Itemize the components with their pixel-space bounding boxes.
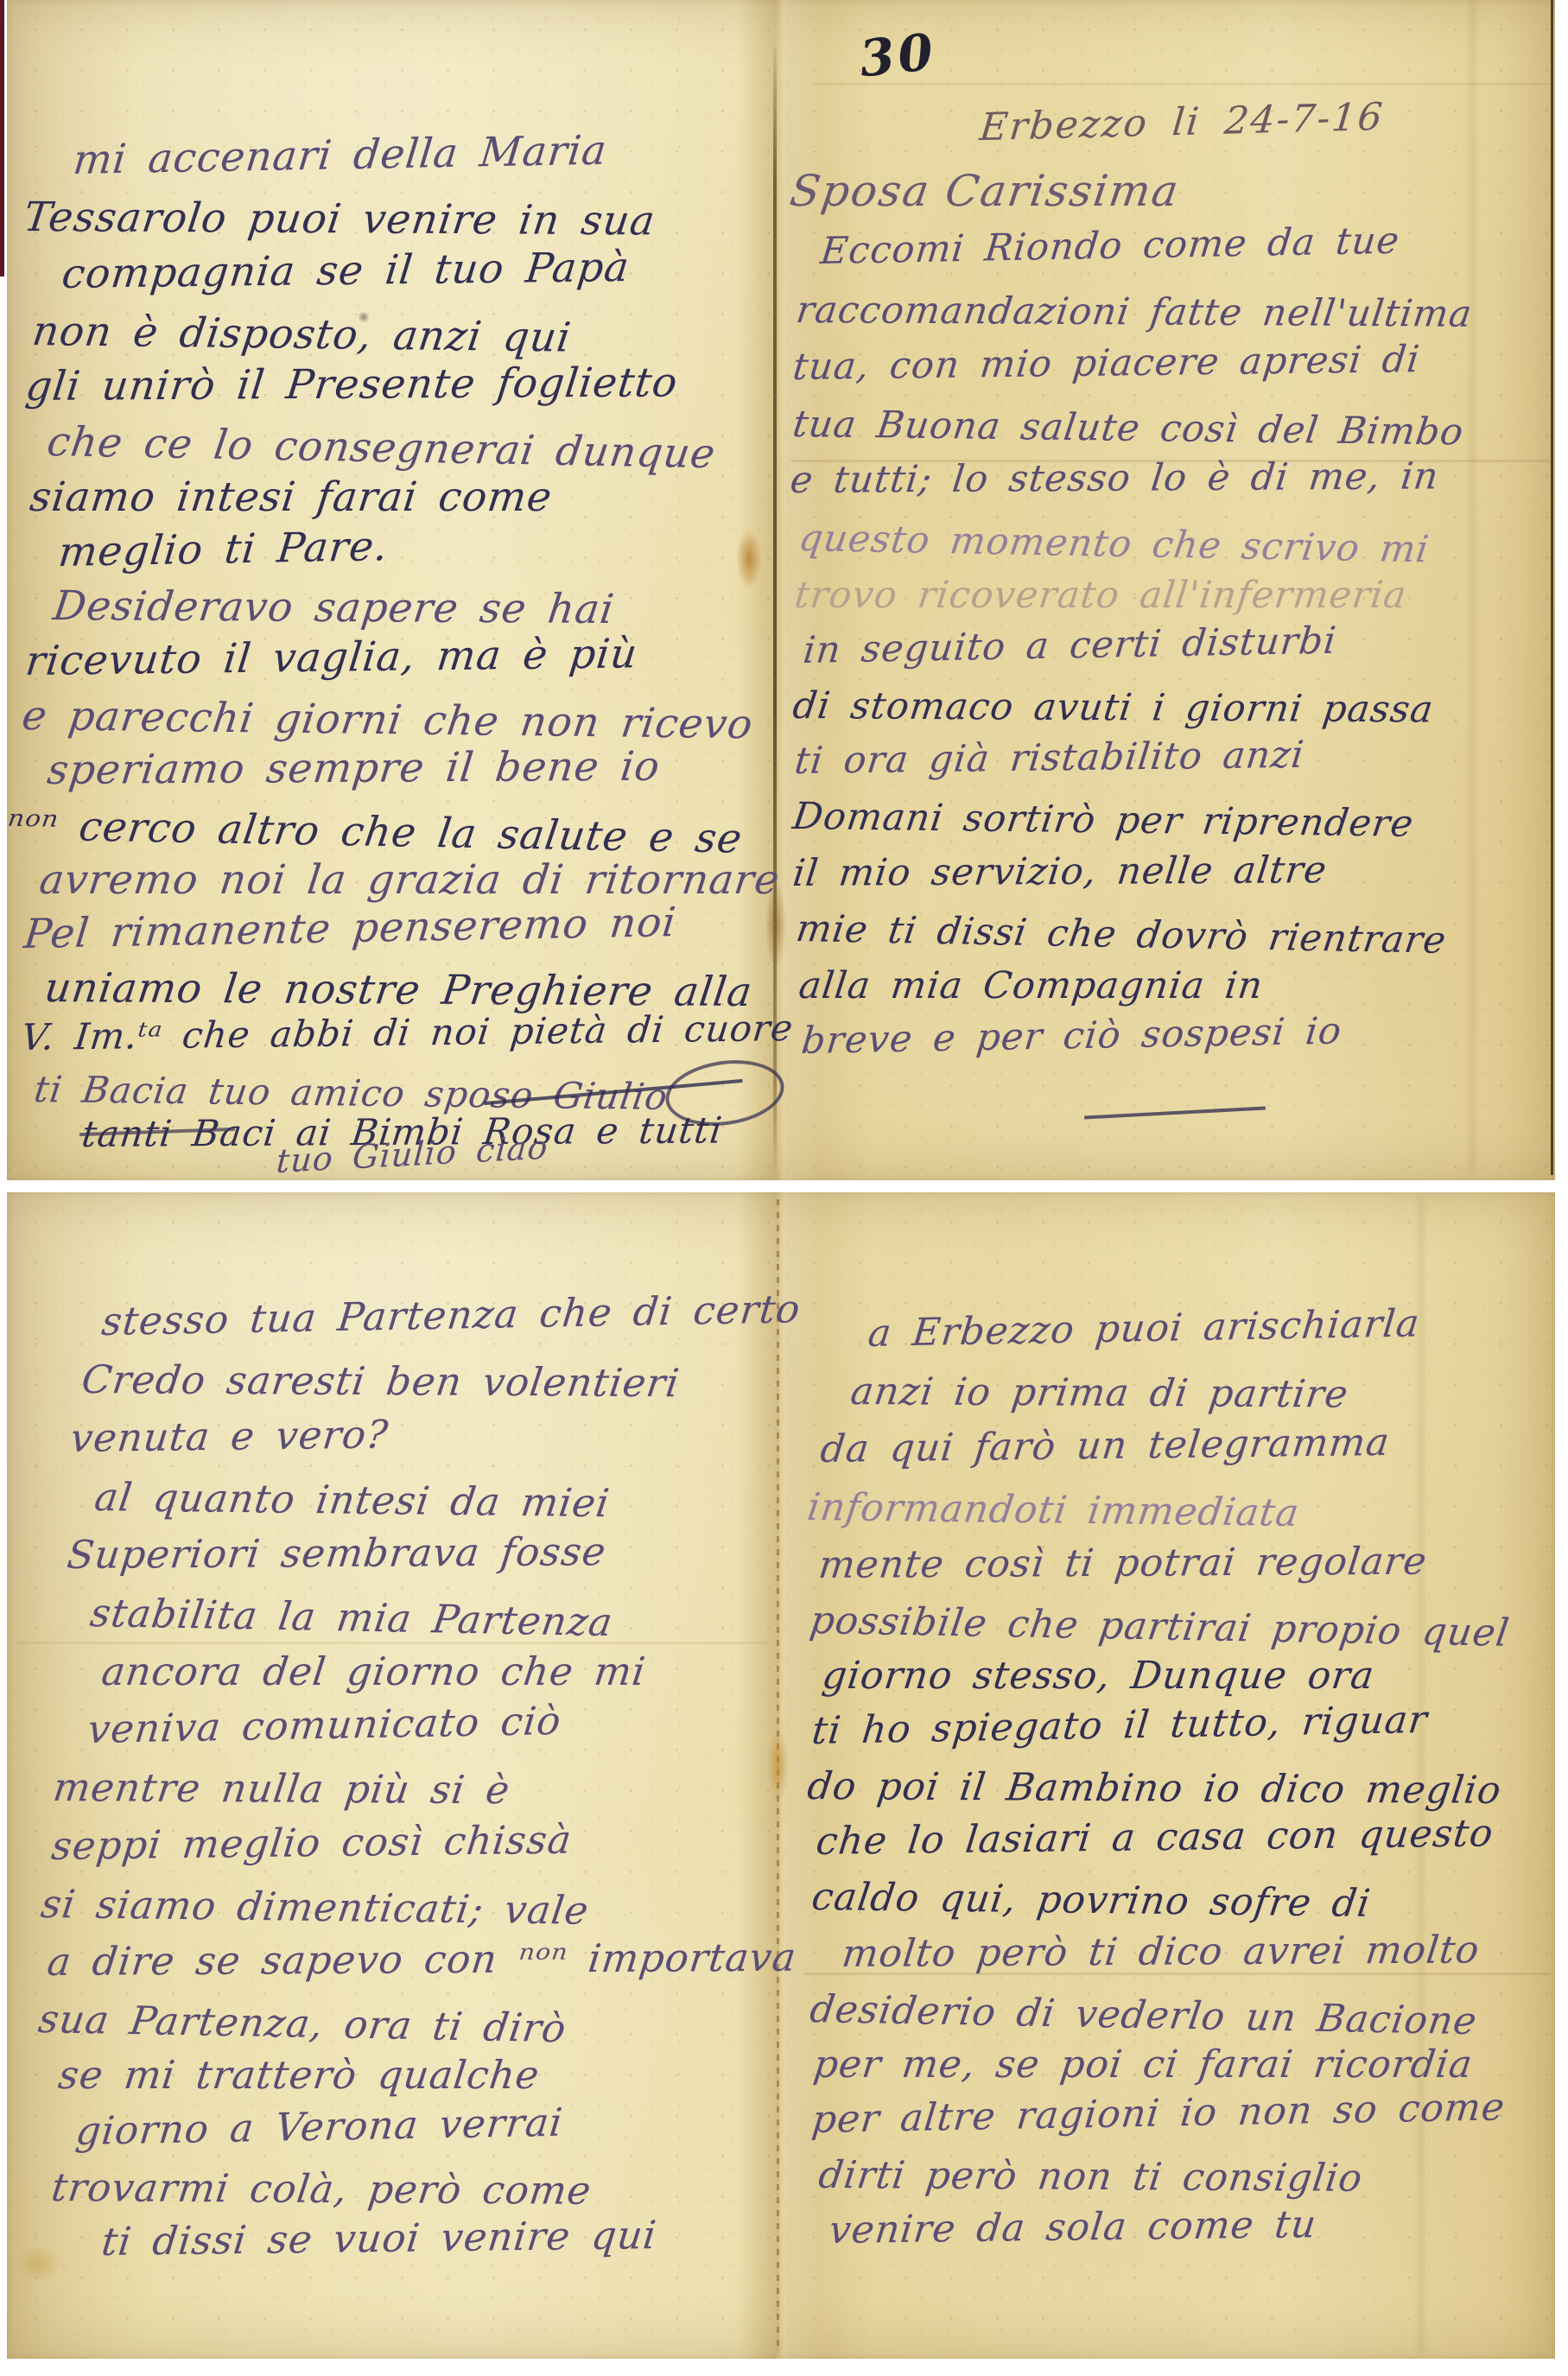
handwriting-line: informandoti immediata: [805, 1485, 1303, 1535]
handwriting-line: possibile che partirai propio quel: [807, 1598, 1512, 1655]
handwriting-line: anzi io prima di partire: [848, 1369, 1351, 1417]
handwriting-line: mente così ti potrai regolare: [816, 1540, 1430, 1587]
handwriting-line: molto però ti dico avrei molto: [840, 1928, 1482, 1976]
handwriting-line: giorno stesso, Dunque ora: [820, 1654, 1377, 1698]
handwriting-line: caldo qui, povrino sofre di: [809, 1875, 1374, 1926]
handwriting-line: che lo lasiari a casa con questo: [814, 1811, 1495, 1864]
handwriting-line: da qui farò un telegramma: [818, 1420, 1392, 1471]
handwriting-line: per me, se poi ci farai ricordia: [811, 2042, 1476, 2087]
handwriting-line: desiderio di vederlo un Bacione: [807, 1987, 1480, 2043]
page-bottom-right: a Erbezzo puoi arischiarlaanzi io prima …: [0, 0, 1568, 2376]
handwriting-line: venire da sola come tu: [827, 2202, 1318, 2252]
handwriting-line: a Erbezzo puoi arischiarla: [866, 1301, 1422, 1356]
letter-scan-sheet: { "document": { "kind": "Handwritten let…: [0, 0, 1568, 2376]
handwriting-line: ti ho spiegato il tutto, riguar: [809, 1698, 1430, 1753]
handwriting-line: do poi il Bambino io dico meglio: [805, 1764, 1504, 1813]
handwriting-line: dirti però non ti consiglio: [816, 2153, 1366, 2201]
handwriting-line: per altre ragioni io non so come: [809, 2085, 1507, 2142]
